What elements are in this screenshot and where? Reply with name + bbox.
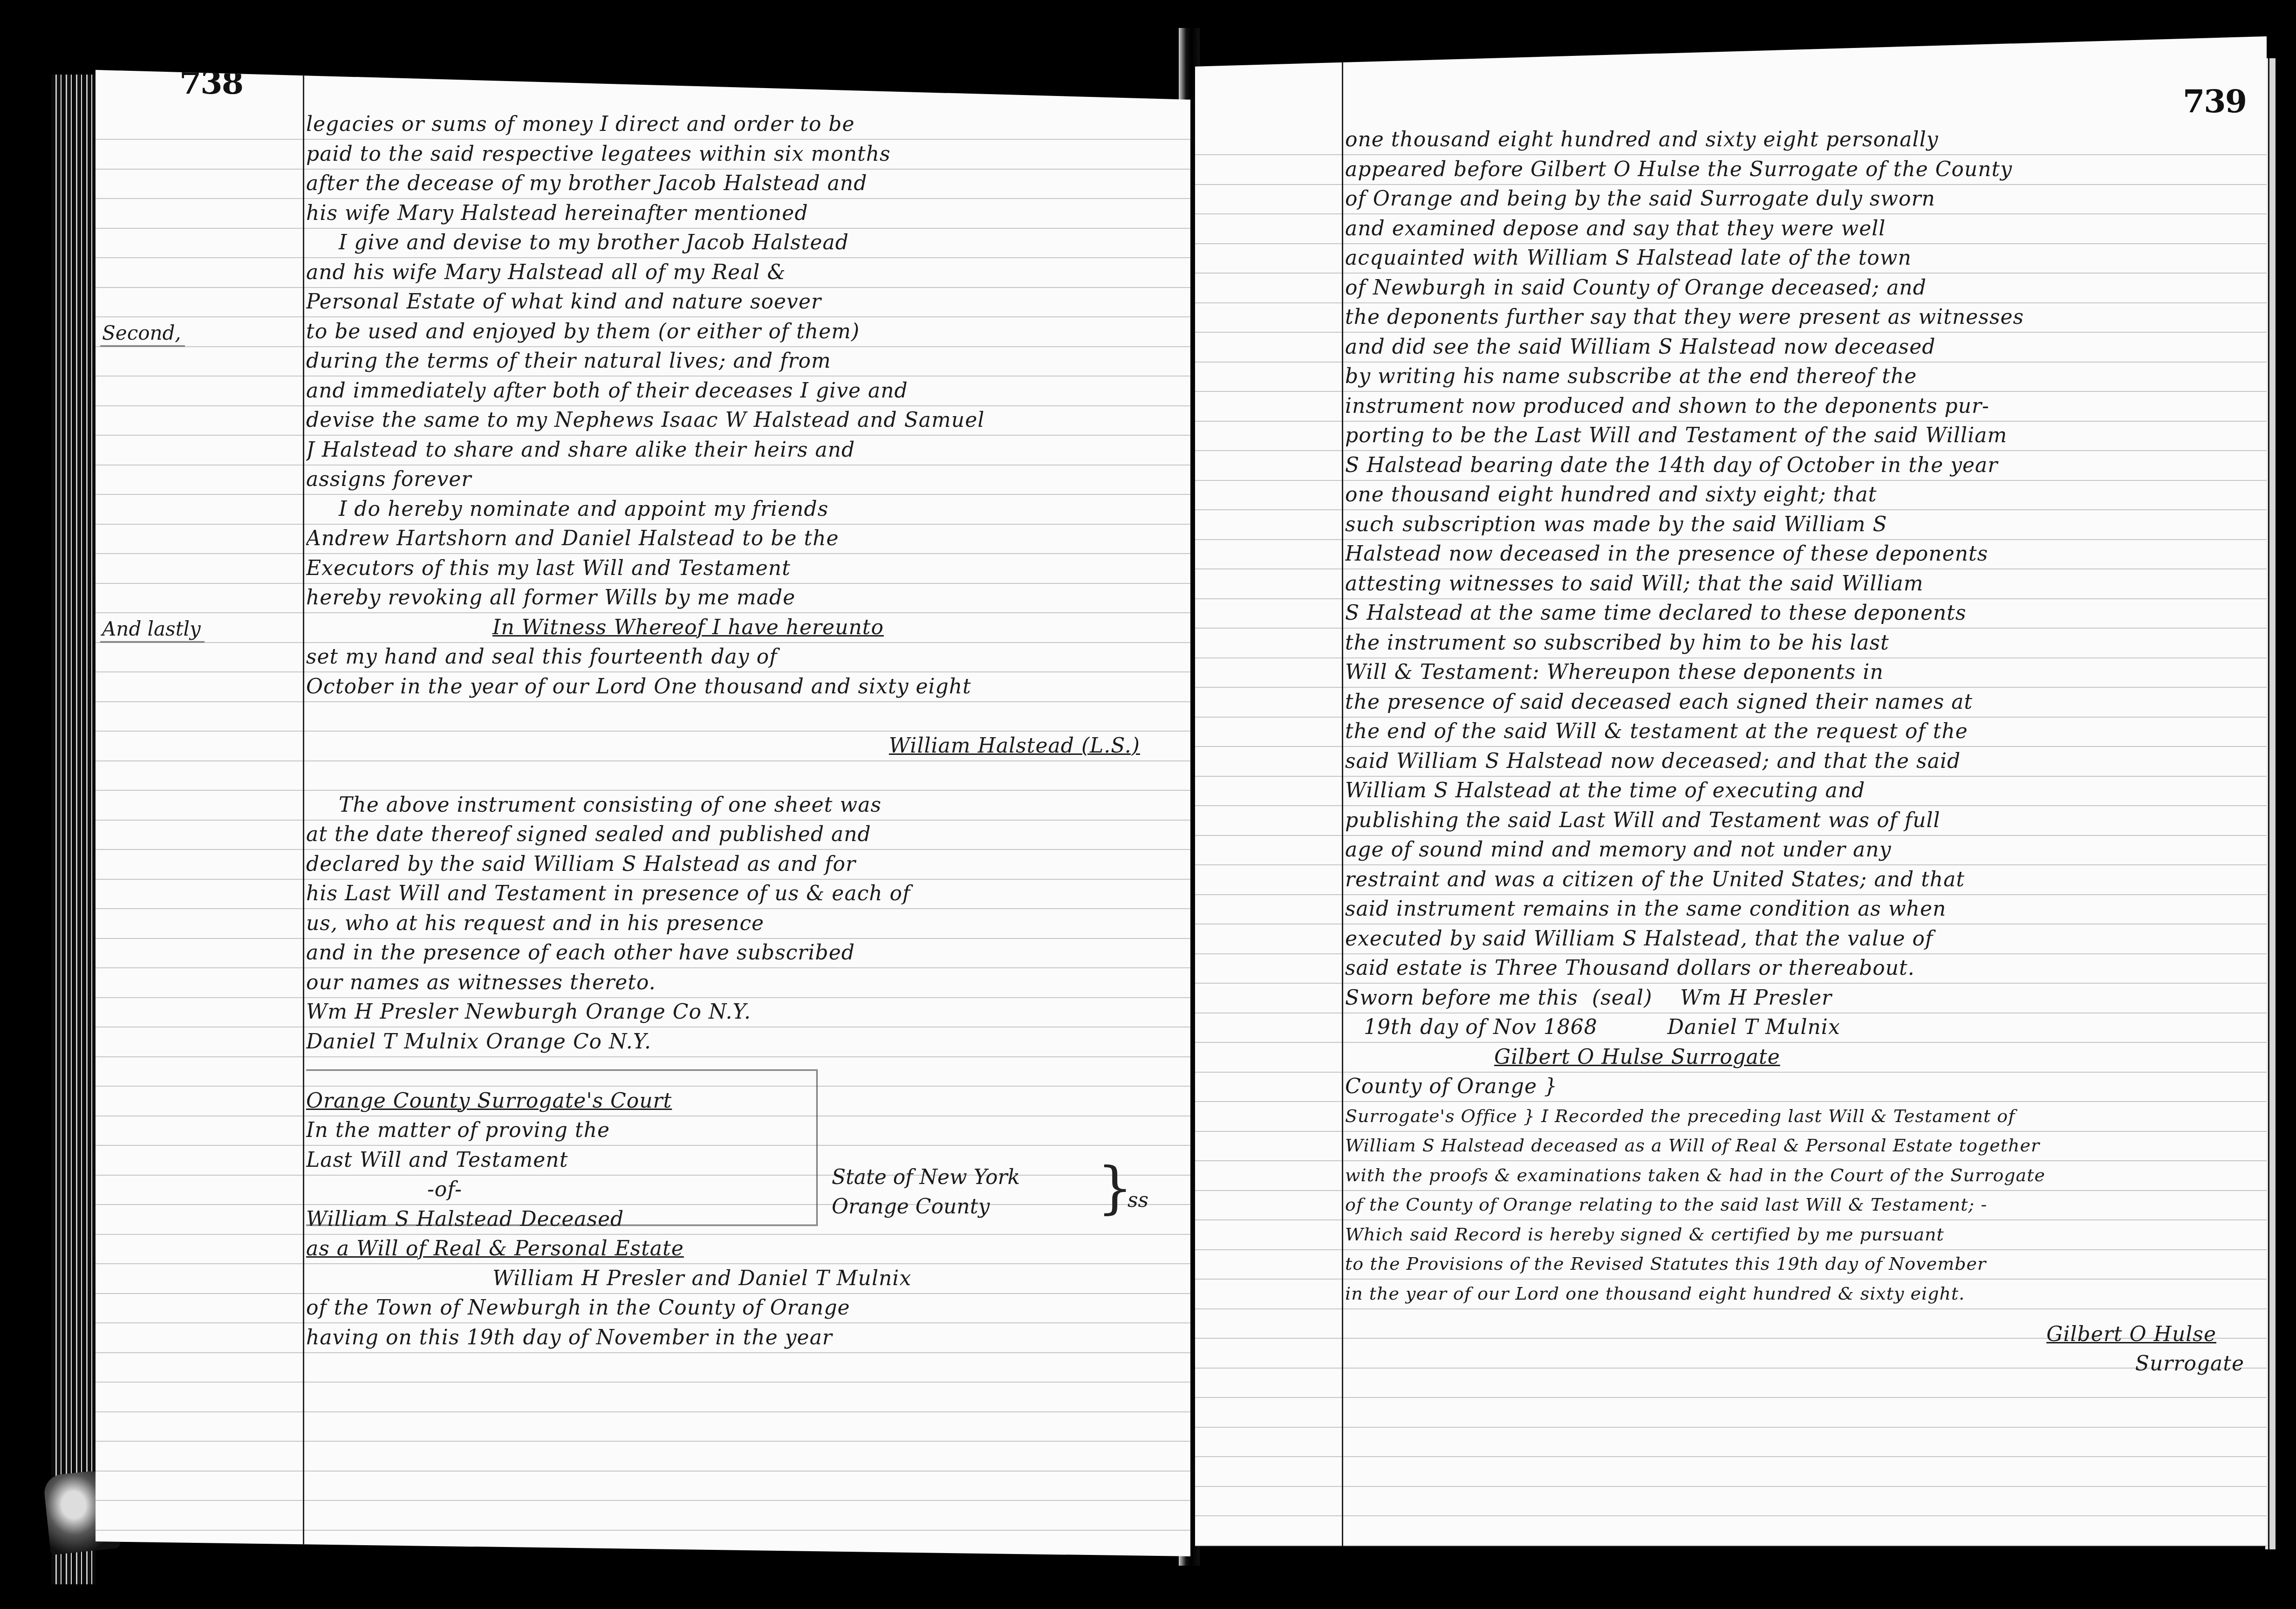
text-line: acquainted with William S Halstead late … bbox=[1345, 243, 2254, 273]
record-line: Which said Record is hereby signed & cer… bbox=[1345, 1220, 2254, 1250]
text-line: during the terms of their natural lives;… bbox=[306, 346, 1177, 376]
text-line: Will & Testament: Whereupon these depone… bbox=[1345, 657, 2254, 687]
ruled-line bbox=[1195, 1486, 2267, 1487]
text-line: and did see the said William S Halstead … bbox=[1345, 332, 2254, 362]
text-line: Halstead now deceased in the presence of… bbox=[1345, 539, 2254, 569]
text-line: appeared before Gilbert O Hulse the Surr… bbox=[1345, 155, 2254, 185]
text-line: the presence of said deceased each signe… bbox=[1345, 687, 2254, 717]
text-line: such subscription was made by the said W… bbox=[1345, 510, 2254, 540]
text-line: legacies or sums of money I direct and o… bbox=[306, 110, 1177, 139]
record-line: with the proofs & examinations taken & h… bbox=[1345, 1161, 2254, 1191]
right-page: 739 one thousand eight hundred and sixty… bbox=[1195, 36, 2267, 1546]
text-line: our names as witnesses thereto. bbox=[306, 968, 1177, 998]
text-line: paid to the said respective legatees wit… bbox=[306, 139, 1177, 169]
text-line: after the decease of my brother Jacob Ha… bbox=[306, 169, 1177, 199]
text-line: and in the presence of each other have s… bbox=[306, 938, 1177, 968]
record-line: in the year of our Lord one thousand eig… bbox=[1345, 1279, 2254, 1309]
text-line: said estate is Three Thousand dollars or… bbox=[1345, 953, 2254, 983]
venue-ss: ss bbox=[1127, 1188, 1148, 1212]
text-line: William H Presler and Daniel T Mulnix bbox=[306, 1264, 1177, 1294]
left-page: 738 Second, And lastly legacies or sums … bbox=[96, 70, 1190, 1556]
text-line: Andrew Hartshorn and Daniel Halstead to … bbox=[306, 524, 1177, 554]
ruled-line bbox=[96, 1411, 1190, 1412]
text-line: and immediately after both of their dece… bbox=[306, 376, 1177, 406]
text-line: devise the same to my Nephews Isaac W Ha… bbox=[306, 405, 1177, 435]
text-line: The above instrument consisting of one s… bbox=[306, 790, 1177, 820]
text-line: executed by said William S Halstead, tha… bbox=[1345, 924, 2254, 954]
record-line: of the County of Orange relating to the … bbox=[1345, 1190, 2254, 1220]
text-line: one thousand eight hundred and sixty eig… bbox=[1345, 125, 2254, 155]
witness-signature: Daniel T Mulnix Orange Co N.Y. bbox=[306, 1027, 1177, 1057]
text-line: at the date thereof signed sealed and pu… bbox=[306, 820, 1177, 849]
blank-line bbox=[306, 760, 1177, 790]
venue-block: State of New York Orange County bbox=[832, 1163, 1020, 1221]
right-page-stack-edge bbox=[2265, 58, 2275, 1549]
caption-box bbox=[306, 1069, 818, 1226]
text-line: restraint and was a citizen of the Unite… bbox=[1345, 865, 2254, 895]
text-line: by writing his name subscribe at the end… bbox=[1345, 362, 2254, 391]
record-line: Surrogate's Office } I Recorded the prec… bbox=[1345, 1102, 2254, 1131]
text-line: of the Town of Newburgh in the County of… bbox=[306, 1293, 1177, 1323]
jurat-line: 19th day of Nov 1868 Daniel T Mulnix bbox=[1345, 1013, 2254, 1042]
text-line: Personal Estate of what kind and nature … bbox=[306, 287, 1177, 317]
testator-signature: William Halstead (L.S.) bbox=[306, 731, 1177, 761]
left-page-stack-edge bbox=[51, 75, 96, 1584]
ruled-line bbox=[96, 1441, 1190, 1442]
text-line: hereby revoking all former Wills by me m… bbox=[306, 583, 1177, 613]
text-line: one thousand eight hundred and sixty eig… bbox=[1345, 480, 2254, 510]
ruled-line bbox=[1195, 1515, 2267, 1516]
text-line: the deponents further say that they were… bbox=[1345, 302, 2254, 332]
margin-rule bbox=[303, 70, 304, 1556]
text-line: and examined depose and say that they we… bbox=[1345, 214, 2254, 244]
text-line: porting to be the Last Will and Testamen… bbox=[1345, 421, 2254, 451]
text-line: assigns forever bbox=[306, 465, 1177, 494]
ruled-line bbox=[96, 1530, 1190, 1531]
text-line: publishing the said Last Will and Testam… bbox=[1345, 806, 2254, 835]
ruled-line bbox=[96, 1471, 1190, 1472]
text-line: Executors of this my last Will and Testa… bbox=[306, 554, 1177, 583]
text-line: his Last Will and Testament in presence … bbox=[306, 879, 1177, 909]
record-line: William S Halstead deceased as a Will of… bbox=[1345, 1131, 2254, 1161]
text-line-in-witness: In Witness Whereof I have hereunto bbox=[306, 613, 1177, 643]
ruled-line bbox=[1195, 1397, 2267, 1398]
surrogate-signature: Gilbert O Hulse Surrogate bbox=[1345, 1042, 2254, 1072]
text-line: attesting witnesses to said Will; that t… bbox=[1345, 569, 2254, 599]
ruled-line bbox=[1195, 1427, 2267, 1428]
text-line: his wife Mary Halstead hereinafter menti… bbox=[306, 199, 1177, 228]
text-line: William S Halstead at the time of execut… bbox=[1345, 776, 2254, 806]
jurat-line: Sworn before me this (seal) Wm H Presler bbox=[1345, 983, 2254, 1013]
ruled-line bbox=[1195, 1545, 2267, 1546]
text-line: the end of the said Will & testament at … bbox=[1345, 717, 2254, 746]
margin-note-second: Second, bbox=[100, 322, 185, 347]
text-line: said instrument remains in the same cond… bbox=[1345, 894, 2254, 924]
text-line: having on this 19th day of November in t… bbox=[306, 1323, 1177, 1353]
text-line: age of sound mind and memory and not und… bbox=[1345, 835, 2254, 865]
page-number: 739 bbox=[2183, 83, 2246, 120]
record-line: to the Provisions of the Revised Statute… bbox=[1345, 1249, 2254, 1279]
margin-note-and-lastly: And lastly bbox=[100, 617, 205, 643]
text-line: J Halstead to share and share alike thei… bbox=[306, 435, 1177, 465]
text-line: I give and devise to my brother Jacob Ha… bbox=[306, 228, 1177, 258]
text-line: the instrument so subscribed by him to b… bbox=[1345, 628, 2254, 658]
page-number: 738 bbox=[179, 70, 243, 102]
text-line: I do hereby nominate and appoint my frie… bbox=[306, 494, 1177, 524]
text-line: set my hand and seal this fourteenth day… bbox=[306, 642, 1177, 672]
margin-rule bbox=[1342, 36, 1343, 1546]
text-line: October in the year of our Lord One thou… bbox=[306, 672, 1177, 702]
scanned-ledger-spread: 738 Second, And lastly legacies or sums … bbox=[0, 0, 2296, 1609]
text-line: said William S Halstead now deceased; an… bbox=[1345, 746, 2254, 776]
caption-line: as a Will of Real & Personal Estate bbox=[306, 1234, 1177, 1264]
ruled-line bbox=[1195, 1456, 2267, 1457]
text-line: of Orange and being by the said Surrogat… bbox=[1345, 184, 2254, 214]
text-line: to be used and enjoyed by them (or eithe… bbox=[306, 317, 1177, 347]
venue-county: Orange County bbox=[832, 1192, 1020, 1221]
text-line: S Halstead bearing date the 14th day of … bbox=[1345, 451, 2254, 480]
venue-state: State of New York bbox=[832, 1163, 1020, 1192]
right-page-text: one thousand eight hundred and sixty eig… bbox=[1345, 125, 2254, 1379]
witness-signature: Wm H Presler Newburgh Orange Co N.Y. bbox=[306, 997, 1177, 1027]
final-signature-title: Surrogate bbox=[1345, 1349, 2254, 1379]
blank-line bbox=[306, 701, 1177, 731]
final-signature-name: Gilbert O Hulse bbox=[1345, 1320, 2254, 1349]
text-line: of Newburgh in said County of Orange dec… bbox=[1345, 273, 2254, 303]
ruled-line bbox=[96, 1382, 1190, 1383]
text-line: instrument now produced and shown to the… bbox=[1345, 391, 2254, 421]
text-line: and his wife Mary Halstead all of my Rea… bbox=[306, 258, 1177, 288]
ruled-line bbox=[96, 1500, 1190, 1501]
text-line: S Halstead at the same time declared to … bbox=[1345, 598, 2254, 628]
text-line: declared by the said William S Halstead … bbox=[306, 849, 1177, 879]
text-line: us, who at his request and in his presen… bbox=[306, 909, 1177, 938]
record-heading: County of Orange } bbox=[1345, 1072, 2254, 1102]
